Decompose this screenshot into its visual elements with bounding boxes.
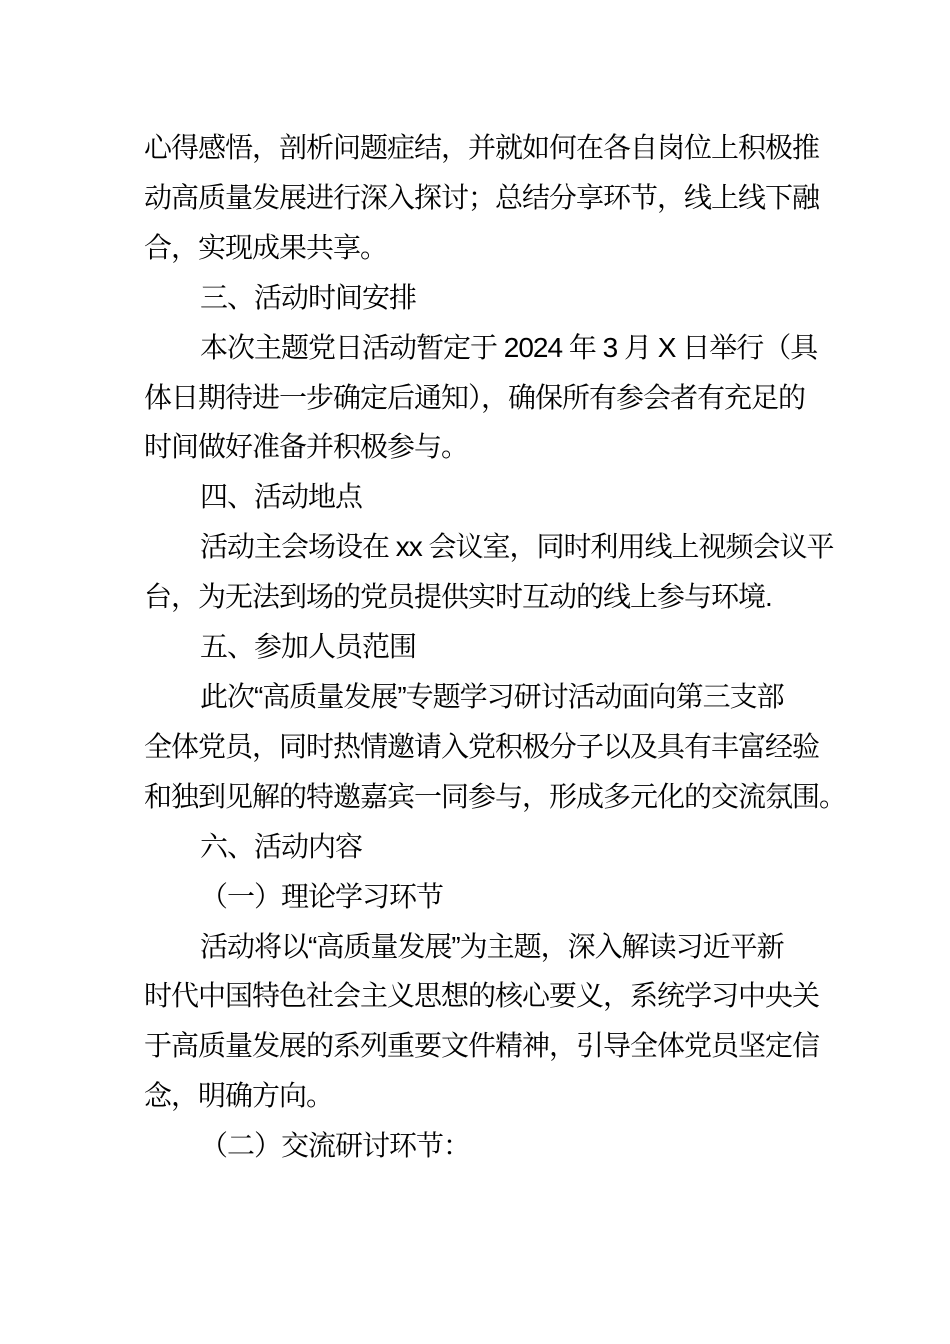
text-line: 体日期待进一步确定后通知），确保所有参会者有充足的 [144, 373, 814, 423]
text-line: 心得感悟，剖析问题症结，并就如何在各自岗位上积极推 [144, 123, 814, 173]
text-line: 念，明确方向。 [144, 1071, 814, 1121]
text-line: 此次“高质量发展”专题学习研讨活动面向第三支部 [144, 672, 814, 722]
text-line: 全体党员，同时热情邀请入党积极分子以及具有丰富经验 [144, 722, 814, 772]
subsection-heading: （一）理论学习环节 [144, 872, 814, 922]
text-line: 时间做好准备并积极参与。 [144, 422, 814, 472]
text-line: 活动主会场设在 xx 会议室，同时利用线上视频会议平 [144, 522, 814, 572]
section-heading: 五、参加人员范围 [144, 622, 814, 672]
text-line: 于高质量发展的系列重要文件精神，引导全体党员坚定信 [144, 1021, 814, 1071]
document-page: 心得感悟，剖析问题症结，并就如何在各自岗位上积极推 动高质量发展进行深入探讨；总… [0, 0, 950, 1344]
text-line: 合，实现成果共享。 [144, 223, 814, 273]
section-heading: 六、活动内容 [144, 822, 814, 872]
section-heading: 四、活动地点 [144, 472, 814, 522]
document-body: 心得感悟，剖析问题症结，并就如何在各自岗位上积极推 动高质量发展进行深入探讨；总… [144, 123, 814, 1171]
text-line: 活动将以“高质量发展”为主题，深入解读习近平新 [144, 922, 814, 972]
text-line: 时代中国特色社会主义思想的核心要义，系统学习中央关 [144, 971, 814, 1021]
text-line: 和独到见解的特邀嘉宾一同参与，形成多元化的交流氛围。 [144, 772, 814, 822]
section-heading: 三、活动时间安排 [144, 273, 814, 323]
text-line: 动高质量发展进行深入探讨；总结分享环节，线上线下融 [144, 173, 814, 223]
text-line: 本次主题党日活动暂定于 2024 年 3 月 X 日举行（具 [144, 323, 814, 373]
subsection-heading: （二）交流研讨环节： [144, 1121, 814, 1171]
text-line: 台，为无法到场的党员提供实时互动的线上参与环境. [144, 572, 814, 622]
